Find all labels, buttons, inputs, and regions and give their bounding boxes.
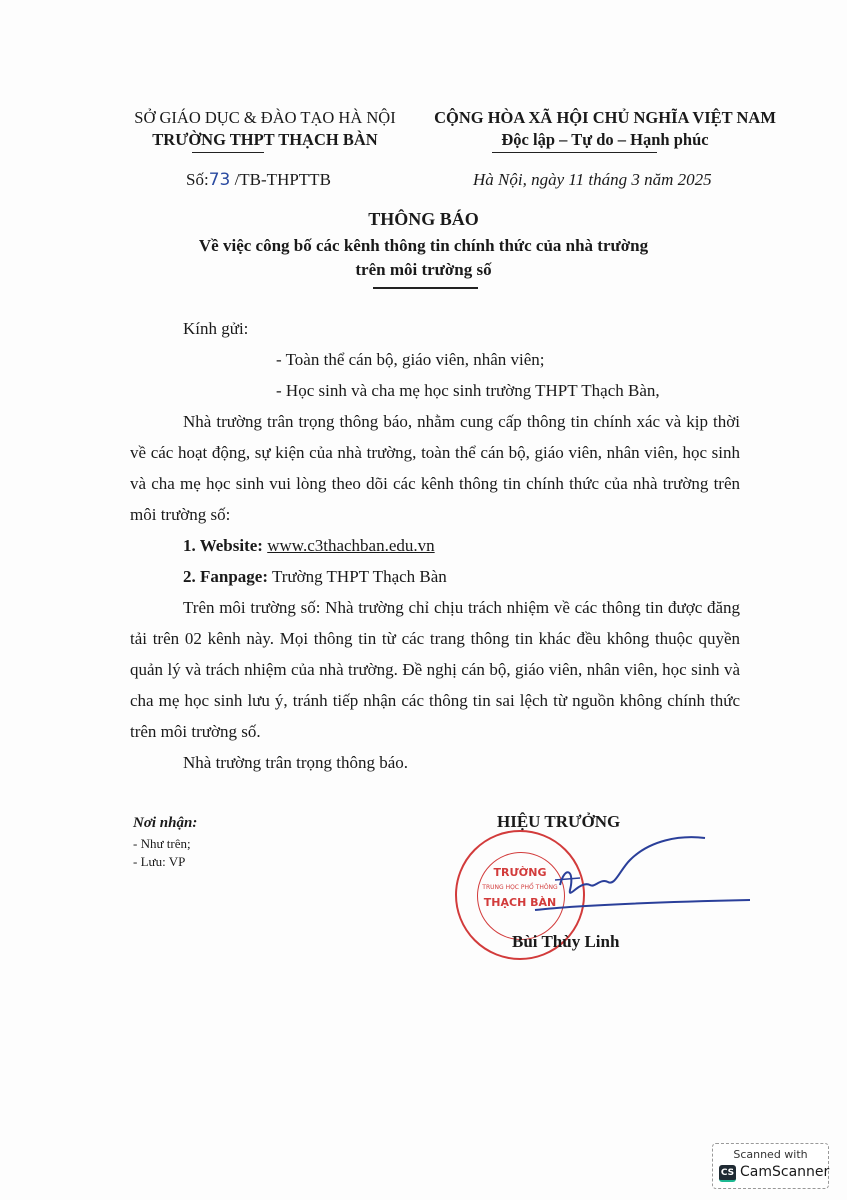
- document-title: THÔNG BÁO: [0, 209, 847, 230]
- recipients-item: - Như trên;: [133, 836, 191, 852]
- country-name: CỘNG HÒA XÃ HỘI CHỦ NGHĨA VIỆT NAM: [420, 107, 790, 129]
- greeting: Kính gửi:: [183, 313, 248, 344]
- camscanner-watermark: Scanned with CS CamScanner: [712, 1143, 829, 1189]
- website-link[interactable]: www.c3thachban.edu.vn: [267, 536, 434, 555]
- signature-scribble: [520, 830, 750, 920]
- header-left-underline: [192, 152, 264, 153]
- document-subtitle-line2: trên môi trường số: [0, 260, 847, 280]
- department-name: SỞ GIÁO DỤC & ĐÀO TẠO HÀ NỘI: [120, 107, 410, 129]
- motto: Độc lập – Tự do – Hạnh phúc: [420, 129, 790, 151]
- fanpage-name: Trường THPT Thạch Bàn: [272, 567, 447, 586]
- body-paragraph-2: Trên môi trường số: Nhà trường chỉ chịu …: [130, 592, 740, 747]
- body-paragraph-1: Nhà trường trân trọng thông báo, nhằm cu…: [130, 406, 740, 530]
- header-right-underline: [492, 152, 657, 153]
- school-name: TRƯỜNG THPT THẠCH BÀN: [120, 129, 410, 151]
- document-subtitle-line1: Về việc công bố các kênh thông tin chính…: [0, 236, 847, 256]
- camscanner-logo-icon: CS: [719, 1165, 736, 1182]
- channel-website: 1. Website: www.c3thachban.edu.vn: [183, 530, 435, 561]
- recipient-line: - Học sinh và cha mẹ học sinh trường THP…: [276, 375, 660, 406]
- channel-fanpage: 2. Fanpage: Trường THPT Thạch Bàn: [183, 561, 447, 592]
- recipient-line: - Toàn thể cán bộ, giáo viên, nhân viên;: [276, 344, 545, 375]
- document-date: Hà Nội, ngày 11 tháng 3 năm 2025: [473, 170, 712, 190]
- signer-position: HIỆU TRƯỞNG: [497, 812, 620, 832]
- signer-name: Bùi Thùy Linh: [512, 932, 619, 952]
- document-number: Số:73 /TB-THPTTB: [186, 170, 331, 190]
- title-underline: [373, 287, 478, 289]
- handwritten-number: 73: [209, 170, 231, 190]
- closing-line: Nhà trường trân trọng thông báo.: [183, 747, 408, 778]
- recipients-item: - Lưu: VP: [133, 854, 185, 870]
- recipients-title: Nơi nhận:: [133, 815, 197, 832]
